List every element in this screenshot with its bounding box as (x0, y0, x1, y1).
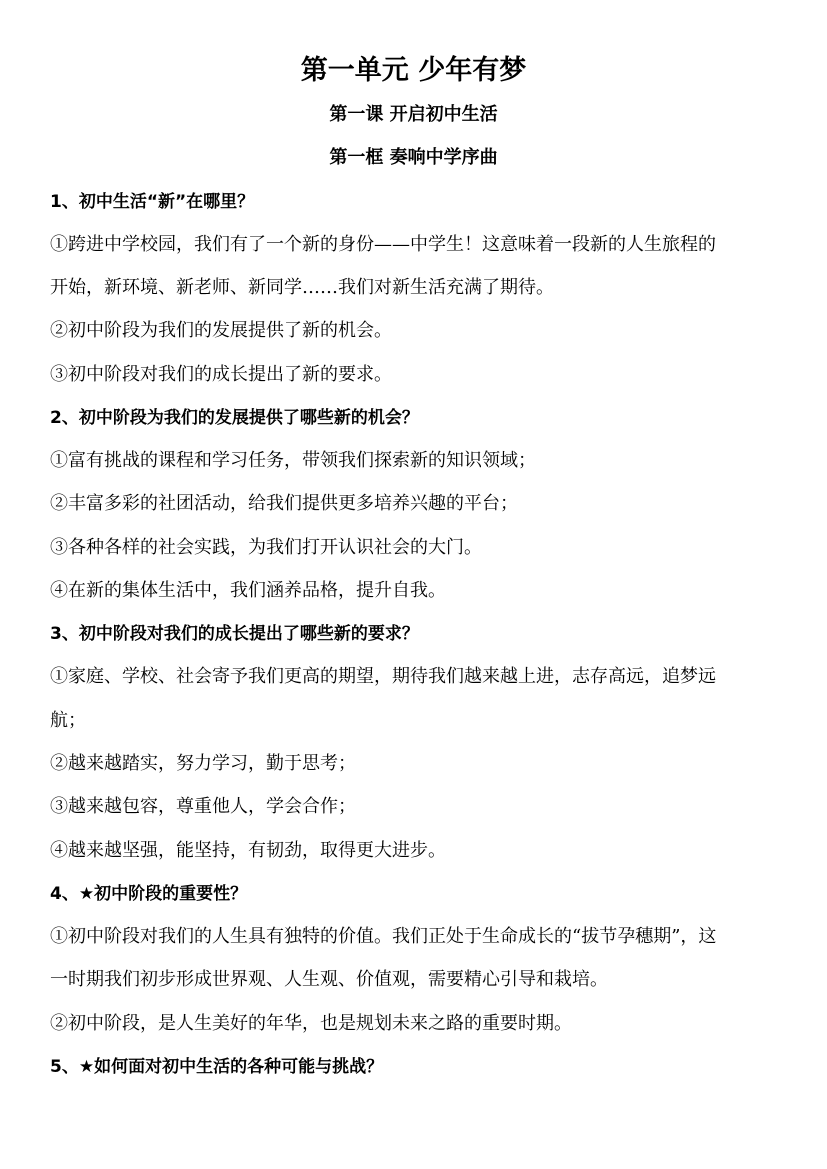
body-line: ②初中阶段为我们的发展提供了新的机会。 (50, 318, 392, 344)
body-line: ①家庭、学校、社会寄予我们更高的期望，期待我们越来越上进，志存高远，追梦远 (50, 664, 716, 690)
body-line: ①跨进中学校园，我们有了一个新的身份——中学生！这意味着一段新的人生旅程的 (50, 232, 716, 258)
section-heading: 2、初中阶段为我们的发展提供了哪些新的机会？ (50, 405, 419, 431)
frame-title: 第一框 奏响中学序曲 (0, 145, 827, 171)
section-heading: 1、初中生活“新”在哪里？ (50, 189, 254, 215)
body-line: ④在新的集体生活中，我们涵养品格，提升自我。 (50, 578, 446, 604)
body-line: ②丰富多彩的社团活动，给我们提供更多培养兴趣的平台； (50, 491, 518, 517)
body-line: ①初中阶段对我们的人生具有独特的价值。我们正处于生命成长的“拔节孕穗期”，这 (50, 924, 716, 950)
lesson-title: 第一课 开启初中生活 (0, 102, 827, 128)
document-page: 第一单元 少年有梦 第一课 开启初中生活 第一框 奏响中学序曲 1、初中生活“新… (0, 0, 827, 1169)
body-line: ②初中阶段，是人生美好的年华，也是规划未来之路的重要时期。 (50, 1011, 572, 1037)
body-line: ④越来越坚强，能坚持，有韧劲，取得更大进步。 (50, 838, 446, 864)
body-line: 航； (50, 708, 86, 734)
body-line: 一时期我们初步形成世界观、人生观、价值观，需要精心引导和栽培。 (50, 967, 608, 993)
body-line: 开始，新环境、新老师、新同学……我们对新生活充满了期待。 (50, 275, 554, 301)
body-line: ③初中阶段对我们的成长提出了新的要求。 (50, 362, 392, 388)
unit-title: 第一单元 少年有梦 (0, 52, 827, 90)
section-heading: 4、★初中阶段的重要性？ (50, 881, 247, 907)
body-line: ③越来越包容，尊重他人，学会合作； (50, 794, 356, 820)
section-heading: 5、★如何面对初中生活的各种可能与挑战？ (50, 1054, 383, 1080)
body-line: ①富有挑战的课程和学习任务，带领我们探索新的知识领域； (50, 448, 536, 474)
body-line: ②越来越踏实，努力学习，勤于思考； (50, 751, 356, 777)
body-line: ③各种各样的社会实践，为我们打开认识社会的大门。 (50, 535, 482, 561)
section-heading: 3、初中阶段对我们的成长提出了哪些新的要求？ (50, 621, 419, 647)
